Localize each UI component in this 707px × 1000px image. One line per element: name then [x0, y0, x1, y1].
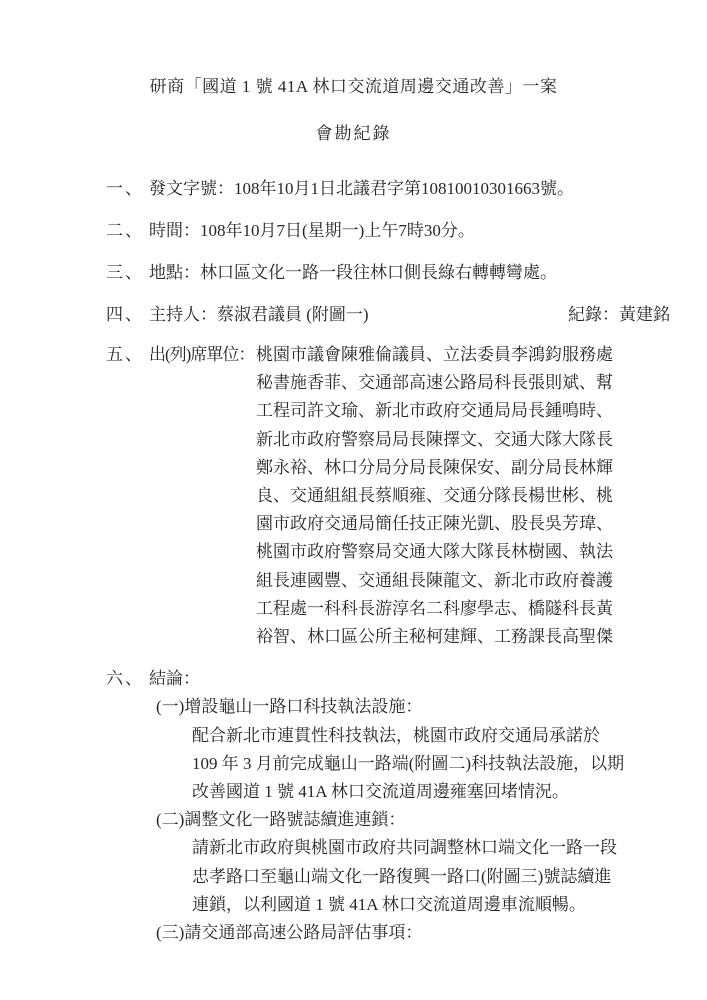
attendees-line: 工程司許文瑜、新北市政府交通局局長鍾鳴時、: [256, 397, 707, 425]
attendees-line: 鄭永裕、林口分局分局長陳保安、副分局長林輝: [256, 454, 707, 482]
attendees-label: 出(列)席單位：: [149, 341, 256, 651]
conclusion-line: 改善國道 1 號 41A 林口交流道周邊雍塞回堵情況。: [192, 778, 707, 806]
item-number: 一、: [106, 179, 149, 198]
item-text: 時間：108年10月7日(星期一)上午7時30分。: [149, 221, 707, 240]
conclusion-line: 配合新北市連貫性科技執法，桃園市政府交通局承諾於: [192, 722, 707, 750]
attendees-line: 新北市政府警察局局長陳擇文、交通大隊大隊長: [256, 426, 707, 454]
attendees-line: 秘書施香菲、交通部高速公路局科長張則斌、幫: [256, 369, 707, 397]
attendees-line: 園市政府交通局簡任技正陳光凱、股長吳芳瑋、: [256, 510, 707, 538]
attendees-line: 桃園市政府警察局交通大隊大隊長林樹國、執法: [256, 538, 707, 566]
conclusion-line: (三)請交通部高速公路局評估事項：: [156, 919, 707, 947]
document-subtitle: 會勘紀錄: [0, 124, 707, 143]
meta-item-docnumber: 一、 發文字號：108年10月1日北議君字第10810010301663號。: [106, 179, 707, 198]
conclusion-line: (一)增設龜山一路口科技執法設施：: [156, 693, 707, 721]
conclusion-line: 109 年 3 月前完成龜山一路端(附圖二)科技執法設施，以期: [192, 750, 707, 778]
conclusion-line: (二)調整文化一路號誌續進連鎖：: [156, 806, 707, 834]
attendees-line: 裕智、林口區公所主秘柯建輝、工務課長高聖傑: [256, 623, 707, 651]
item-number: 六、: [106, 665, 149, 693]
meta-item-location: 三、 地點：林口區文化一路一段往林口側長綠右轉轉彎處。: [106, 263, 707, 282]
attendees-lines: 桃園市議會陳雅倫議員、立法委員李鴻鈞服務處 秘書施香菲、交通部高速公路局科長張則…: [256, 341, 707, 651]
conclusion-label: 結論：: [149, 665, 707, 693]
attendees-line: 桃園市議會陳雅倫議員、立法委員李鴻鈞服務處: [256, 341, 707, 369]
document-page: 研商「國道 1 號 41A 林口交流道周邊交通改善」一案 會勘紀錄 一、 發文字…: [0, 0, 707, 1000]
conclusion-line: 連鎖，以利國道 1 號 41A 林口交流道周邊車流順暢。: [192, 891, 707, 919]
conclusion-line: 請新北市政府與桃園市政府共同調整林口端文化一路一段: [192, 834, 707, 862]
item-number: 五、: [106, 341, 149, 651]
attendees-row: 五、 出(列)席單位： 桃園市議會陳雅倫議員、立法委員李鴻鈞服務處 秘書施香菲、…: [106, 341, 707, 651]
attendees-line: 良、交通組組長蔡順雍、交通分隊長楊世彬、桃: [256, 482, 707, 510]
attendees-line: 工程處一科科長游淳名二科廖學志、橋隧科長黃: [256, 595, 707, 623]
item-text: 地點：林口區文化一路一段往林口側長綠右轉轉彎處。: [149, 263, 707, 282]
item-text: 發文字號：108年10月1日北議君字第10810010301663號。: [149, 179, 707, 198]
item-number: 三、: [106, 263, 149, 282]
conclusion-line: 忠孝路口至龜山端文化一路復興一路口(附圖三)號誌續進: [192, 863, 707, 891]
attendees-line: 組長連國豐、交通組長陳龍文、新北市政府養護: [256, 567, 707, 595]
document-title: 研商「國道 1 號 41A 林口交流道周邊交通改善」一案: [0, 0, 707, 96]
item-number: 四、: [106, 305, 149, 324]
conclusion-row: 六、 結論：: [106, 665, 707, 693]
recorder-text: 紀錄：黃建銘: [568, 305, 670, 324]
item-number: 二、: [106, 221, 149, 240]
host-row: 四、 主持人：蔡淑君議員 (附圖一) 紀錄：黃建銘: [106, 305, 707, 324]
meta-item-time: 二、 時間：108年10月7日(星期一)上午7時30分。: [106, 221, 707, 240]
